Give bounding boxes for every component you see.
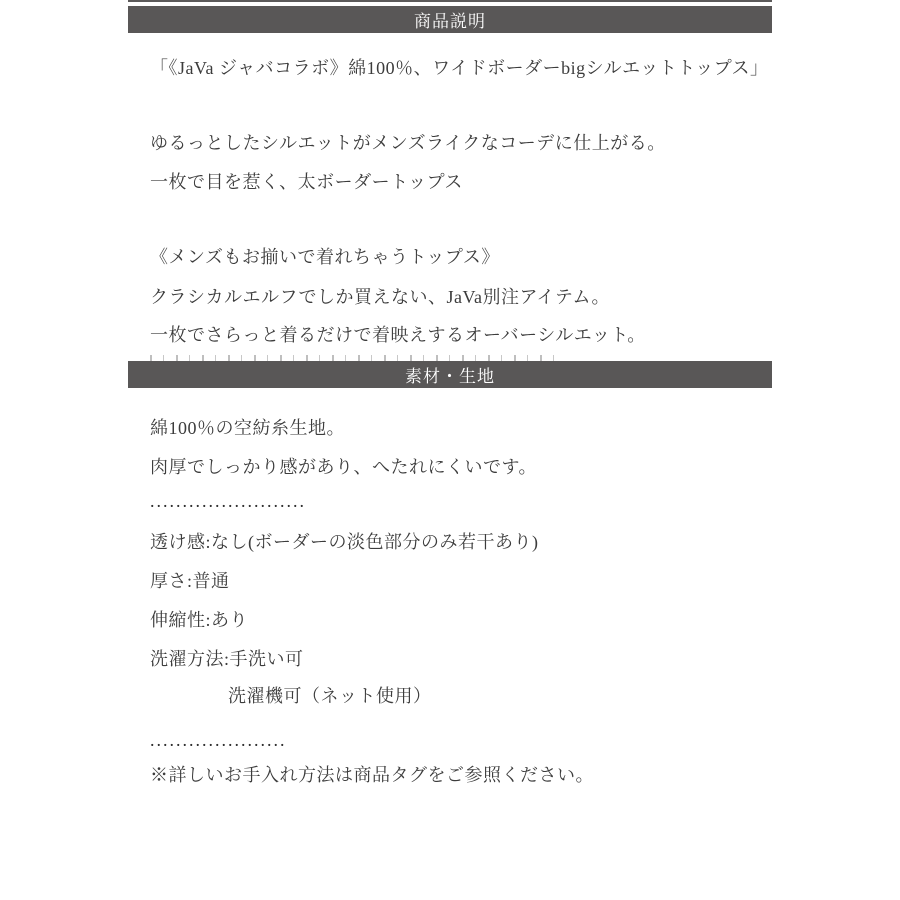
clipped-text-fragments (150, 355, 562, 361)
material-line-washing-machine: 洗濯機可（ネット使用） (150, 686, 800, 707)
description-line: 一枚で目を惹く、太ボーダートップス (150, 172, 800, 193)
section-header-material: 素材・生地 (128, 361, 772, 388)
material-line: 肉厚でしっかり感があり、へたれにくいです。 (150, 457, 800, 478)
product-description-body: 「《JaVa ジャバコラボ》綿100％、ワイドボーダーbigシルエットトップス」… (0, 58, 900, 346)
material-line-thickness: 厚さ:普通 (150, 571, 800, 592)
description-line: 《メンズもお揃いで着れちゃうトップス》 (150, 247, 800, 268)
description-line: ゆるっとしたシルエットがメンズライクなコーデに仕上がる。 (150, 133, 800, 154)
product-description-page: 商品説明 「《JaVa ジャバコラボ》綿100％、ワイドボーダーbigシルエット… (0, 0, 900, 900)
material-line-stretch: 伸縮性:あり (150, 610, 800, 631)
material-line: 綿100％の空紡糸生地。 (150, 418, 800, 439)
product-title-line: 「《JaVa ジャバコラボ》綿100％、ワイドボーダーbigシルエットトップス」 (150, 58, 800, 79)
description-line: 一枚でさらっと着るだけで着映えするオーバーシルエット。 (150, 325, 800, 346)
dotted-separator: ..................... (150, 730, 800, 751)
description-line: クラシカルエルフでしか買えない、JaVa別注アイテム。 (150, 287, 800, 308)
dotted-separator: ........................ (150, 491, 800, 512)
material-line-washing: 洗濯方法:手洗い可 (150, 649, 800, 670)
material-body: 綿100％の空紡糸生地。 肉厚でしっかり感があり、へたれにくいです。 .....… (0, 418, 900, 786)
care-note-line: ※詳しいお手入れ方法は商品タグをご参照ください。 (150, 765, 800, 786)
top-divider (128, 0, 772, 2)
section-header-product-description: 商品説明 (128, 6, 772, 33)
section-title-product-description: 商品説明 (414, 7, 486, 32)
material-line-sheerness: 透け感:なし(ボーダーの淡色部分のみ若干あり) (150, 532, 800, 553)
section-title-material: 素材・生地 (405, 362, 495, 387)
